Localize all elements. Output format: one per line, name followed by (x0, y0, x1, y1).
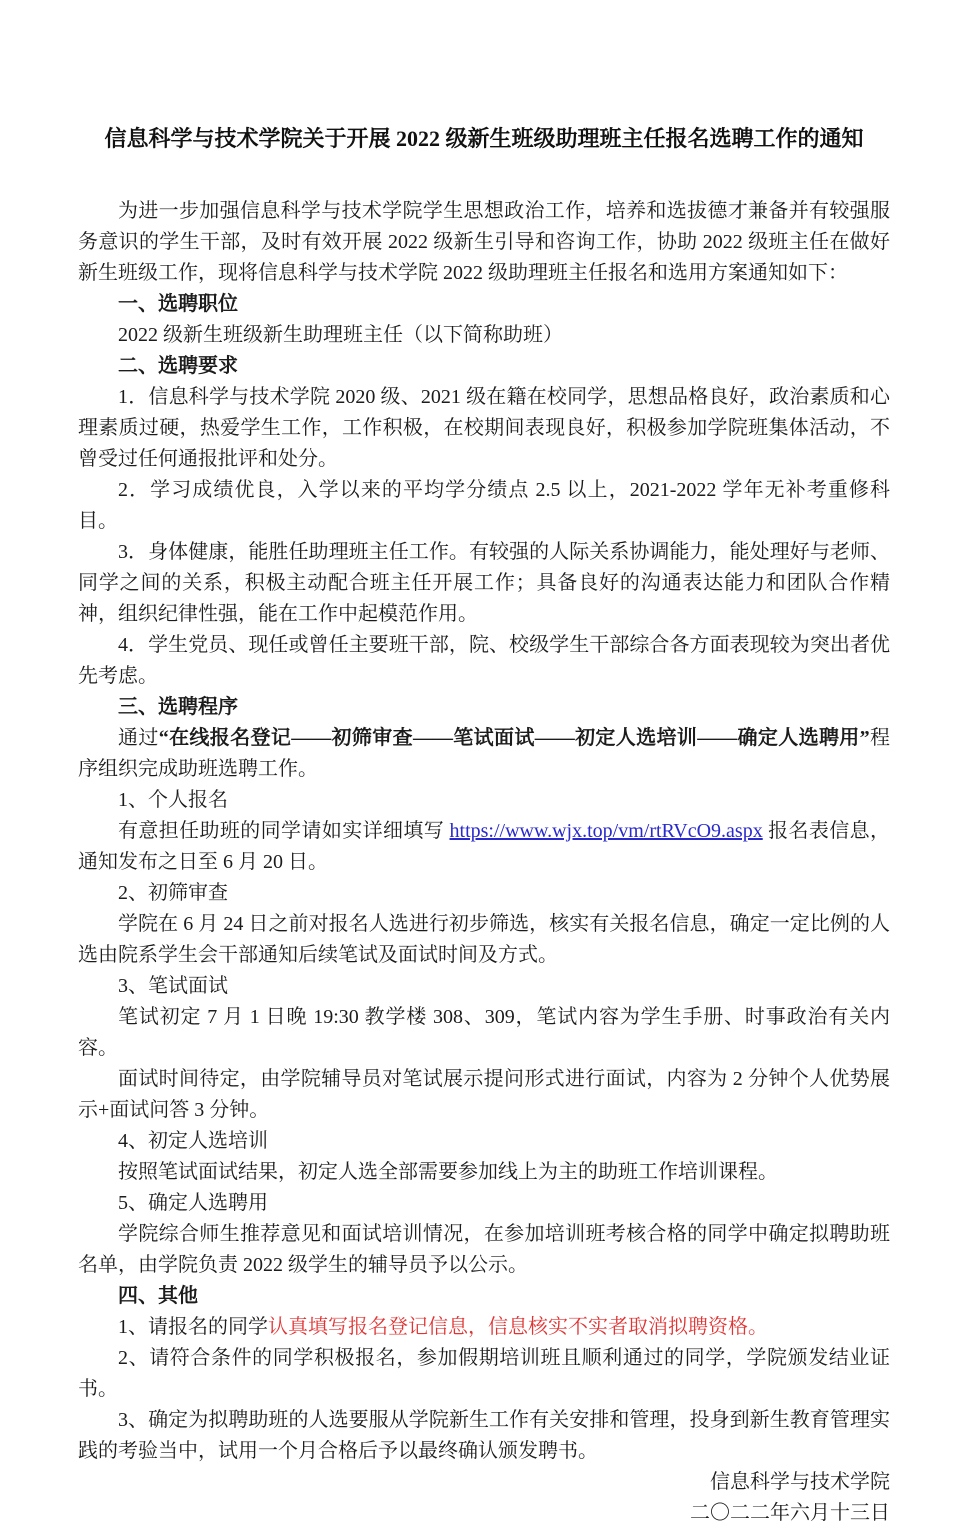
procedure-overview: 通过“在线报名登记——初筛审查——笔试面试——初定人选培训——确定人选聘用”程序… (78, 723, 890, 785)
text-run: 3、笔试面试 (118, 975, 228, 997)
text-run: 4．学生党员、现任或曾任主要班干部，院、校级学生干部综合各方面表现较为突出者优先… (78, 634, 890, 687)
requirement-3: 3．身体健康，能胜任助理班主任工作。有较强的人际关系协调能力，能处理好与老师、同… (78, 537, 890, 630)
text-run: 信息科学与技术学院 (710, 1471, 890, 1493)
step-4-detail: 按照笔试面试结果，初定人选全部需要参加线上为主的助班工作培训课程。 (78, 1157, 890, 1188)
text-run: 2．学习成绩优良，入学以来的平均学分绩点 2.5 以上，2021-2022 学年… (78, 479, 890, 532)
text-run: 通过 (118, 727, 159, 749)
section-2-heading: 二、选聘要求 (78, 351, 890, 382)
step-1-heading: 1、个人报名 (78, 785, 890, 816)
text-run: 4、初定人选培训 (118, 1130, 268, 1152)
document-title: 信息科学与技术学院关于开展 2022 级新生班级助理班主任报名选聘工作的通知 (78, 124, 890, 154)
text-run: 一、选聘职位 (118, 293, 238, 315)
signature-date: 二〇二二年六月十三日 (78, 1498, 890, 1529)
text-run: 学院在 6 月 24 日之前对报名人选进行初步筛选，核实有关报名信息，确定一定比… (78, 913, 890, 966)
requirement-2: 2．学习成绩优良，入学以来的平均学分绩点 2.5 以上，2021-2022 学年… (78, 475, 890, 537)
text-run: 三、选聘程序 (118, 696, 238, 718)
text-run: 为进一步加强信息科学与技术学院学生思想政治工作，培养和选拔德才兼备并有较强服务意… (78, 200, 890, 284)
text-run: 四、其他 (118, 1285, 198, 1307)
step-3-detail-interview: 面试时间待定，由学院辅导员对笔试展示提问形式进行面试，内容为 2 分钟个人优势展… (78, 1064, 890, 1126)
requirement-4: 4．学生党员、现任或曾任主要班干部，院、校级学生干部综合各方面表现较为突出者优先… (78, 630, 890, 692)
step-4-heading: 4、初定人选培训 (78, 1126, 890, 1157)
other-2: 2、请符合条件的同学积极报名，参加假期培训班且顺利通过的同学，学院颁发结业证书。 (78, 1343, 890, 1405)
step-3-heading: 3、笔试面试 (78, 971, 890, 1002)
step-2-heading: 2、初筛审查 (78, 878, 890, 909)
signup-form-link[interactable]: https://www.wjx.top/vm/rtRVcO9.aspx (450, 820, 763, 842)
step-1-detail: 有意担任助班的同学请如实详细填写 https://www.wjx.top/vm/… (78, 816, 890, 878)
text-run: 2、初筛审查 (118, 882, 228, 904)
document-page: 信息科学与技术学院关于开展 2022 级新生班级助理班主任报名选聘工作的通知 为… (0, 0, 958, 1536)
requirement-1: 1．信息科学与技术学院 2020 级、2021 级在籍在校同学，思想品格良好，政… (78, 382, 890, 475)
step-2-detail: 学院在 6 月 24 日之前对报名人选进行初步筛选，核实有关报名信息，确定一定比… (78, 909, 890, 971)
step-3-detail-written: 笔试初定 7 月 1 日晚 19:30 教学楼 308、309，笔试内容为学生手… (78, 1002, 890, 1064)
section-1-heading: 一、选聘职位 (78, 289, 890, 320)
text-run: 1、请报名的同学 (118, 1316, 268, 1338)
other-3: 3、确定为拟聘助班的人选要服从学院新生工作有关安排和管理，投身到新生教育管理实践… (78, 1405, 890, 1467)
text-run: 二〇二二年六月十三日 (690, 1502, 890, 1524)
text-run: 有意担任助班的同学请如实详细填写 (118, 820, 450, 842)
section-3-heading: 三、选聘程序 (78, 692, 890, 723)
text-run: 笔试初定 7 月 1 日晚 19:30 教学楼 308、309，笔试内容为学生手… (78, 1006, 890, 1059)
text-run: “在线报名登记——初筛审查——笔试面试——初定人选培训——确定人选聘用” (159, 727, 870, 749)
document-body: 为进一步加强信息科学与技术学院学生思想政治工作，培养和选拔德才兼备并有较强服务意… (78, 196, 890, 1529)
section-4-heading: 四、其他 (78, 1281, 890, 1312)
step-5-detail: 学院综合师生推荐意见和面试培训情况，在参加培训班考核合格的同学中确定拟聘助班名单… (78, 1219, 890, 1281)
text-run: 1、个人报名 (118, 789, 228, 811)
text-run: 2022 级新生班级新生助理班主任（以下简称助班） (118, 324, 563, 346)
text-run: 学院综合师生推荐意见和面试培训情况，在参加培训班考核合格的同学中确定拟聘助班名单… (78, 1223, 890, 1276)
signature-org: 信息科学与技术学院 (78, 1467, 890, 1498)
other-1: 1、请报名的同学认真填写报名登记信息，信息核实不实者取消拟聘资格。 (78, 1312, 890, 1343)
text-run: 按照笔试面试结果，初定人选全部需要参加线上为主的助班工作培训课程。 (118, 1161, 778, 1183)
text-run: 3．身体健康，能胜任助理班主任工作。有较强的人际关系协调能力，能处理好与老师、同… (78, 541, 890, 625)
text-run: 3、确定为拟聘助班的人选要服从学院新生工作有关安排和管理，投身到新生教育管理实践… (78, 1409, 890, 1462)
step-5-heading: 5、确定人选聘用 (78, 1188, 890, 1219)
intro-paragraph: 为进一步加强信息科学与技术学院学生思想政治工作，培养和选拔德才兼备并有较强服务意… (78, 196, 890, 289)
text-run: 5、确定人选聘用 (118, 1192, 268, 1214)
text-run: 二、选聘要求 (118, 355, 238, 377)
text-run: 面试时间待定，由学院辅导员对笔试展示提问形式进行面试，内容为 2 分钟个人优势展… (78, 1068, 890, 1121)
text-run: 2、请符合条件的同学积极报名，参加假期培训班且顺利通过的同学，学院颁发结业证书。 (78, 1347, 890, 1400)
warning-text-run: 认真填写报名登记信息，信息核实不实者取消拟聘资格。 (268, 1316, 768, 1338)
text-run: 1．信息科学与技术学院 2020 级、2021 级在籍在校同学，思想品格良好，政… (78, 386, 890, 470)
position-paragraph: 2022 级新生班级新生助理班主任（以下简称助班） (78, 320, 890, 351)
